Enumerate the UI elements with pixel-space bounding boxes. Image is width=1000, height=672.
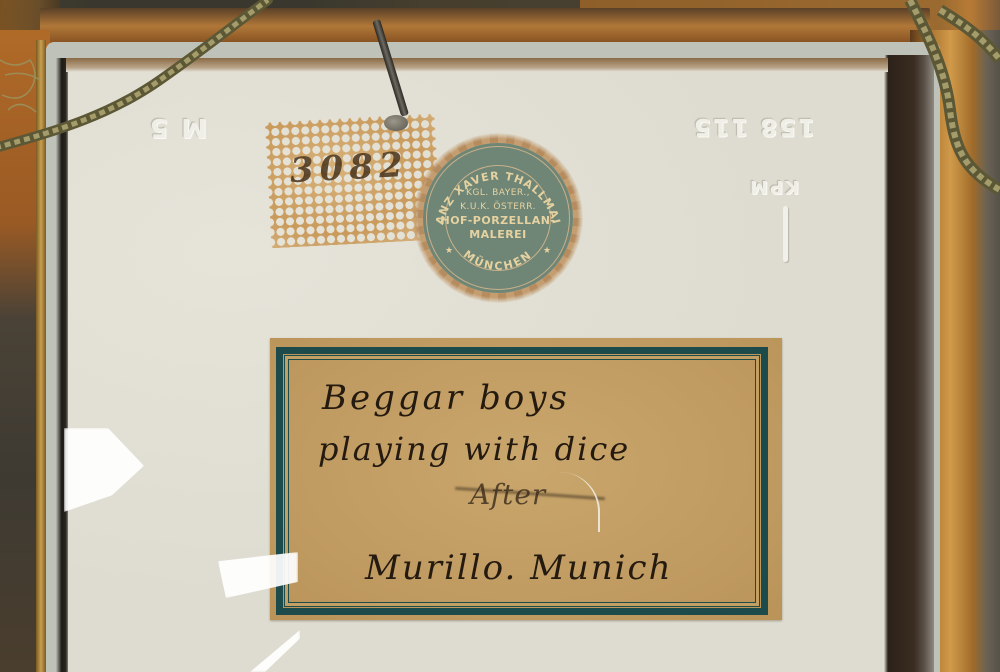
label-title-line-2: playing with dice — [318, 430, 630, 468]
seal-line: K.U.K. ÖSTERR. — [423, 200, 573, 214]
frame-gilt-edge — [36, 40, 46, 672]
seal-line: KGL. BAYER., — [423, 186, 573, 200]
label-artist-line: Murillo. Munich — [365, 548, 673, 588]
embossed-numbers: 158 115 — [692, 113, 815, 141]
star-icon: ★ — [445, 246, 453, 256]
svg-text:MÜNCHEN: MÜNCHEN — [461, 248, 535, 273]
mount-top-shadow — [66, 58, 888, 72]
inventory-number: 3082 — [289, 145, 410, 191]
liner-right — [884, 55, 934, 672]
scepter-icon — [783, 206, 788, 262]
seal-line: MALEREI — [423, 228, 573, 242]
embossed-mark-top-left: M 5 — [148, 112, 207, 142]
nail-head — [384, 115, 408, 131]
seal-center-text: KGL. BAYER., K.U.K. ÖSTERR. HOF-PORZELLA… — [423, 186, 573, 242]
label-title-line-1: Beggar boys — [322, 378, 570, 418]
seal-city: MÜNCHEN — [461, 248, 535, 273]
star-icon: ★ — [543, 246, 551, 256]
embossed-kpm-mark: KPM — [748, 176, 799, 197]
seal-line: HOF-PORZELLAN- — [423, 214, 573, 228]
